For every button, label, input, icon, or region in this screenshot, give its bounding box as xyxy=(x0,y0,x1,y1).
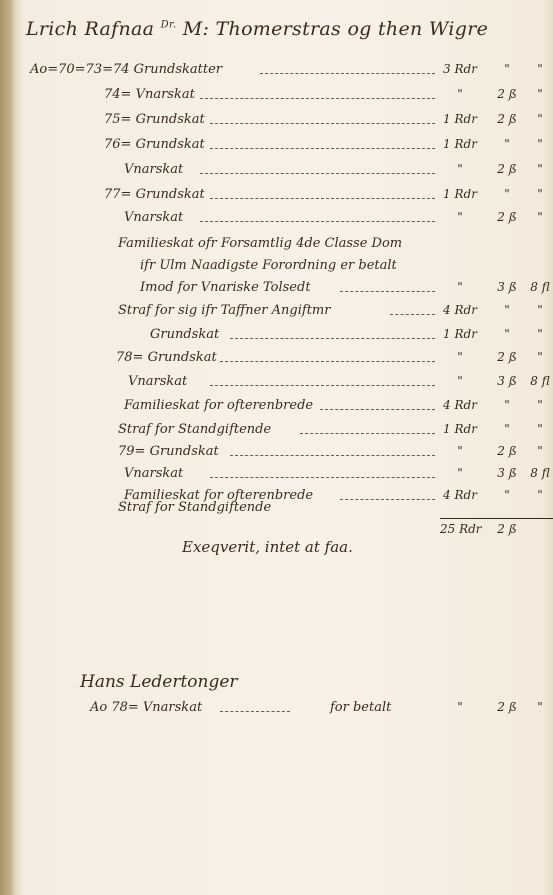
entry-description: Straf for sig ifr Taffner Angiftmr xyxy=(118,303,330,318)
amount-skilling: 3 ß xyxy=(492,280,522,294)
entry-description: Straf for Standgiftende xyxy=(118,422,271,437)
entry-description: Familieskat for ofterenbrede xyxy=(124,398,313,413)
dotted-leader xyxy=(340,291,435,292)
account-holder-name: Lrich Rafnaa xyxy=(26,18,154,40)
entry-description: Grundskat xyxy=(150,327,219,342)
ledger-row: 79= Grundskat " 2 ß " xyxy=(0,444,553,464)
amount-skilling: 2 ß xyxy=(492,112,522,126)
dotted-leader xyxy=(320,409,435,410)
amount-fraction: " xyxy=(530,137,550,151)
entry-description: Ao 78= Vnarskat xyxy=(90,700,202,715)
amount-rdr: " xyxy=(440,374,480,388)
ledger-row: Imod for Vnariske Tolsedt " 3 ß 8 fl xyxy=(0,280,553,300)
entry-remark: for betalt xyxy=(330,700,391,715)
amount-fraction: " xyxy=(530,112,550,126)
entry-description: Vnarskat xyxy=(124,466,183,481)
dotted-leader xyxy=(210,123,435,124)
ledger-row: 76= Grundskat 1 Rdr " " xyxy=(0,137,553,157)
ledger-row: Vnarskat " 3 ß 8 fl xyxy=(0,466,553,486)
ledger-row: Straf for Standgiftende 1 Rdr " " xyxy=(0,422,553,442)
ledger-row: Vnarskat " 2 ß " xyxy=(0,210,553,230)
amount-skilling: " xyxy=(492,327,522,341)
ledger-row: Grundskat 1 Rdr " " xyxy=(0,327,553,347)
amount-skilling: " xyxy=(492,398,522,412)
dotted-leader xyxy=(200,98,435,99)
dotted-leader xyxy=(390,314,435,315)
amount-fraction: " xyxy=(530,162,550,176)
amount-rdr: 1 Rdr xyxy=(440,137,480,151)
dotted-leader xyxy=(260,73,435,74)
amount-fraction: 8 fl xyxy=(530,466,550,480)
entry-description: 79= Grundskat xyxy=(118,444,219,459)
remark-note: Exeqverit, intet at faa. xyxy=(182,538,353,556)
header-superscript: Dr. xyxy=(161,20,177,31)
ledger-page: Lrich Rafnaa Dr. M: Thomerstras og then … xyxy=(0,0,553,895)
dotted-leader xyxy=(220,361,435,362)
amount-skilling: 3 ß xyxy=(492,374,522,388)
amount-rdr: " xyxy=(440,466,480,480)
ledger-row: Ao=70=73=74 Grundskatter 3 Rdr " " xyxy=(0,62,553,82)
amount-fraction: " xyxy=(530,327,550,341)
ledger-row: Vnarskat " 2 ß " xyxy=(0,162,553,182)
ledger-row: 74= Vnarskat " 2 ß " xyxy=(0,87,553,107)
amount-rdr: " xyxy=(440,87,480,101)
amount-skilling: 2 ß xyxy=(492,87,522,101)
amount-rdr: " xyxy=(440,700,480,714)
entry-description: Vnarskat xyxy=(128,374,187,389)
amount-rdr: " xyxy=(440,280,480,294)
entry-description: Straf for Standgiftende xyxy=(118,500,271,515)
amount-skilling: " xyxy=(492,187,522,201)
amount-rdr: 1 Rdr xyxy=(440,422,480,436)
amount-fraction: " xyxy=(530,87,550,101)
entry-description: 78= Grundskat xyxy=(116,350,217,365)
dotted-leader xyxy=(210,198,435,199)
ledger-row: 78= Grundskat " 2 ß " xyxy=(0,350,553,370)
total-skilling: 2 ß xyxy=(492,522,522,536)
total-rdr: 25 Rdr xyxy=(440,522,480,536)
amount-rdr: 4 Rdr xyxy=(440,398,480,412)
amount-skilling: " xyxy=(492,422,522,436)
dotted-leader xyxy=(200,221,435,222)
amount-skilling: " xyxy=(492,62,522,76)
amount-rdr: 1 Rdr xyxy=(440,112,480,126)
amount-fraction: " xyxy=(530,398,550,412)
ledger-row: 75= Grundskat 1 Rdr 2 ß " xyxy=(0,112,553,132)
amount-skilling: 2 ß xyxy=(492,444,522,458)
entry-description: Vnarskat xyxy=(124,162,183,177)
ledger-row: Straf for sig ifr Taffner Angiftmr 4 Rdr… xyxy=(0,303,553,323)
amount-skilling: 2 ß xyxy=(492,700,522,714)
amount-fraction: " xyxy=(530,210,550,224)
entry-description: 74= Vnarskat xyxy=(104,87,195,102)
dotted-leader xyxy=(200,173,435,174)
amount-rdr: " xyxy=(440,210,480,224)
amount-fraction: " xyxy=(530,422,550,436)
entry-description: Ao=70=73=74 Grundskatter xyxy=(30,62,222,77)
amount-rdr: 3 Rdr xyxy=(440,62,480,76)
amount-skilling: 2 ß xyxy=(492,162,522,176)
amount-fraction: 8 fl xyxy=(530,374,550,388)
ledger-row: 77= Grundskat 1 Rdr " " xyxy=(0,187,553,207)
amount-fraction: " xyxy=(530,444,550,458)
second-account-name: Hans Ledertonger xyxy=(80,672,238,692)
paragraph-line: Familieskat ofr Forsamtlig 4de Classe Do… xyxy=(118,236,402,251)
amount-skilling: 2 ß xyxy=(492,210,522,224)
header-text: M: Thomerstras og then Wigre xyxy=(183,18,488,40)
amount-rdr: " xyxy=(440,162,480,176)
amount-skilling: 2 ß xyxy=(492,350,522,364)
account-header: Lrich Rafnaa Dr. M: Thomerstras og then … xyxy=(26,18,488,40)
dotted-leader xyxy=(300,433,435,434)
amount-fraction: " xyxy=(530,350,550,364)
amount-fraction: " xyxy=(530,187,550,201)
amount-rdr: 1 Rdr xyxy=(440,327,480,341)
amount-rdr: 4 Rdr xyxy=(440,303,480,317)
amount-skilling: " xyxy=(492,303,522,317)
ledger-row: Vnarskat " 3 ß 8 fl xyxy=(0,374,553,394)
dotted-leader xyxy=(230,455,435,456)
dotted-leader xyxy=(210,477,435,478)
dotted-leader xyxy=(220,711,290,712)
amount-fraction: " xyxy=(530,700,550,714)
dotted-leader xyxy=(210,385,435,386)
amount-fraction: 8 fl xyxy=(530,280,550,294)
paragraph-line: ifr Ulm Naadigste Forordning er betalt xyxy=(140,258,397,273)
entry-description: Vnarskat xyxy=(124,210,183,225)
amount-skilling: " xyxy=(492,137,522,151)
amount-rdr: " xyxy=(440,444,480,458)
amount-fraction: " xyxy=(530,303,550,317)
amount-skilling: 3 ß xyxy=(492,466,522,480)
ledger-row: Familieskat for ofterenbrede 4 Rdr " " xyxy=(0,398,553,418)
amount-rdr: " xyxy=(440,350,480,364)
entry-description: 76= Grundskat xyxy=(104,137,205,152)
amount-fraction: " xyxy=(530,62,550,76)
dotted-leader xyxy=(210,148,435,149)
dotted-leader xyxy=(230,338,435,339)
entry-description: 75= Grundskat xyxy=(104,112,205,127)
amount-rdr: 1 Rdr xyxy=(440,187,480,201)
total-rule xyxy=(440,518,553,519)
ledger-row: Straf for Standgiftende xyxy=(0,500,553,520)
ledger-row: Ao 78= Vnarskat for betalt " 2 ß " xyxy=(0,700,553,720)
entry-description: 77= Grundskat xyxy=(104,187,205,202)
entry-description: Imod for Vnariske Tolsedt xyxy=(140,280,311,295)
